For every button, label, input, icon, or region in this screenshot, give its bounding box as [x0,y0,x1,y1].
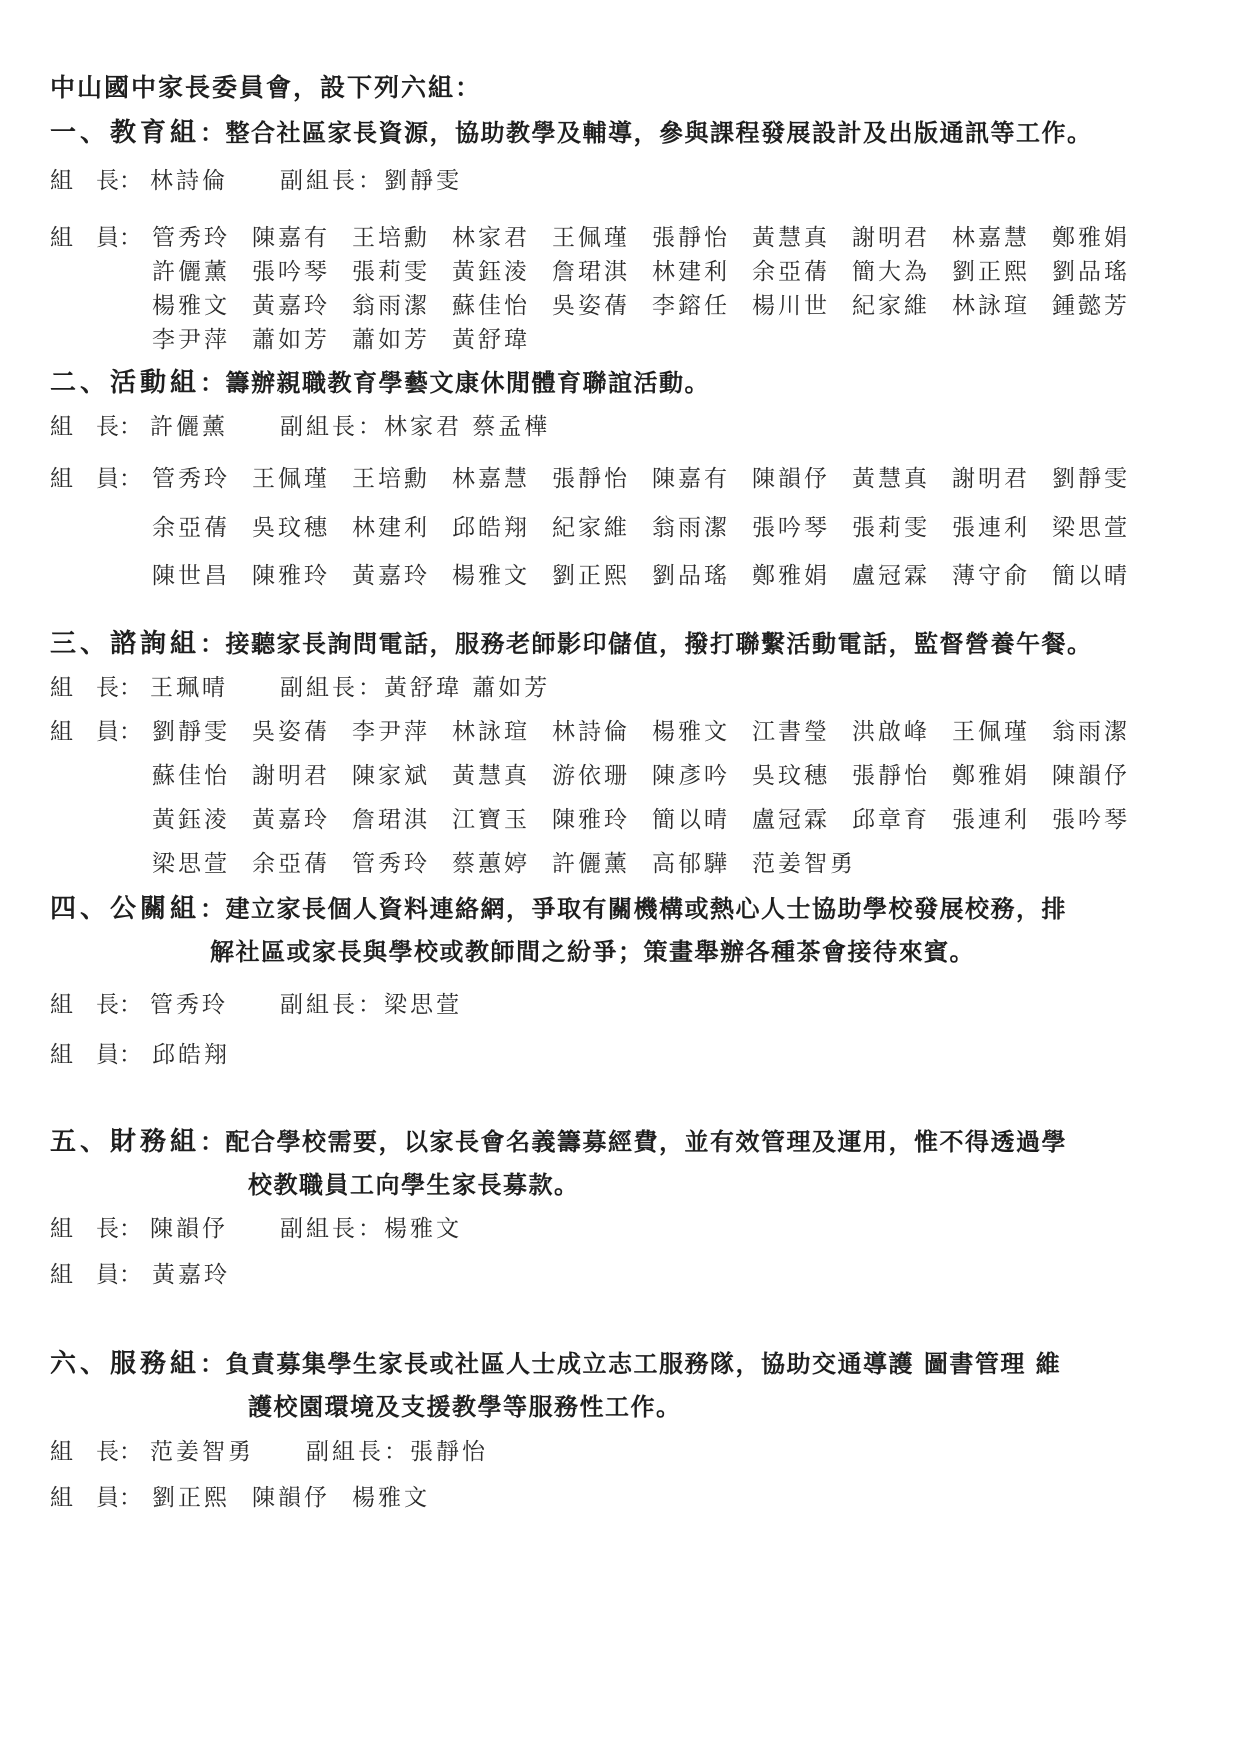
member-name: 管秀玲 [152,460,230,493]
members-label: 組 員： [50,1256,142,1289]
member-name: 簡以晴 [1052,557,1130,590]
leader-name: 范姜智勇 [150,1433,254,1466]
member-name: 紀家維 [852,287,930,320]
member-name: 張莉雯 [352,253,430,286]
member-name: 李尹萍 [352,713,430,746]
member-name: 楊雅文 [352,1479,430,1512]
member-name: 林詠瑄 [452,713,530,746]
group-title: 一、教育組 [50,118,200,148]
member-row: 邱皓翔 [152,1036,252,1069]
group-leaders-row: 組 長：許儷薰副組長：林家君 蔡孟樺 [50,408,572,441]
member-name: 王培勳 [352,219,430,252]
member-name: 楊雅文 [452,557,530,590]
member-name: 黃鈺淩 [152,801,230,834]
member-name: 蘇佳怡 [452,287,530,320]
member-name: 張吟琴 [252,253,330,286]
member-name: 王佩瑾 [952,713,1030,746]
member-row: 梁思萱余亞蒨管秀玲蔡蕙婷許儷薰高郁驊范姜智勇 [152,845,878,878]
member-name: 王培勳 [352,460,430,493]
member-name: 洪啟峰 [852,713,930,746]
member-row: 黃嘉玲 [152,1256,252,1289]
member-name: 陳韻伃 [752,460,830,493]
member-name: 薄守俞 [952,557,1030,590]
group-description-continued: 解社區或家長與學校或教師間之紛爭；策畫舉辦各種茶會接待來賓。 [210,932,975,967]
member-name: 黃慧真 [752,219,830,252]
group-description: ：整合社區家長資源，協助教學及輔導，參與課程發展設計及出版通訊等工作。 [200,118,1093,147]
member-name: 邱皓翔 [452,509,530,542]
member-name: 林建利 [652,253,730,286]
member-name: 詹珺淇 [352,801,430,834]
member-row: 楊雅文黃嘉玲翁雨潔蘇佳怡吳姿蒨李鎔任楊川世紀家維林詠瑄鍾懿芳 [152,287,1152,320]
member-name: 劉品瑤 [1052,253,1130,286]
member-name: 謝明君 [252,757,330,790]
leader-name: 陳韻伃 [150,1210,228,1243]
member-name: 余亞蒨 [152,509,230,542]
member-name: 陳家斌 [352,757,430,790]
member-name: 許儷薰 [152,253,230,286]
group-description: ：配合學校需要，以家長會名義籌募經費，並有效管理及運用，惟不得透過學 [200,1127,1067,1156]
leader-label: 組 長： [50,1433,150,1466]
vice-leader-label: 副組長： [280,669,384,702]
member-name: 江寶玉 [452,801,530,834]
member-name: 陳嘉有 [652,460,730,493]
group-heading-public-relations: 四、公關組：建立家長個人資料連絡網，爭取有關機構或熱心人士協助學校發展校務，排 [50,888,1067,925]
member-name: 邱皓翔 [152,1036,230,1069]
member-name: 張莉雯 [852,509,930,542]
member-name: 陳韻伃 [1052,757,1130,790]
member-name: 黃嘉玲 [252,287,330,320]
leader-name: 王珮晴 [150,669,228,702]
vice-leader-label: 副組長： [280,162,384,195]
member-name: 蘇佳怡 [152,757,230,790]
member-name: 楊川世 [752,287,830,320]
leader-name: 管秀玲 [150,986,228,1019]
group-description-continued: 校教職員工向學生家長募款。 [248,1165,580,1200]
member-name: 翁雨潔 [352,287,430,320]
vice-leader-name: 楊雅文 [384,1210,462,1243]
member-name: 陳彥吟 [652,757,730,790]
leader-label: 組 長： [50,986,150,1019]
member-name: 余亞蒨 [752,253,830,286]
member-name: 王佩瑾 [252,460,330,493]
member-name: 林詠瑄 [952,287,1030,320]
member-name: 劉靜雯 [1052,460,1130,493]
member-name: 簡以晴 [652,801,730,834]
vice-leader-label: 副組長： [280,1210,384,1243]
member-row: 黃鈺淩黃嘉玲詹珺淇江寶玉陳雅玲簡以晴盧冠霖邱章育張連利張吟琴 [152,801,1152,834]
member-row: 管秀玲陳嘉有王培勳林家君王佩瑾張靜怡黃慧真謝明君林嘉慧鄭雅娟 [152,219,1152,252]
leader-label: 組 長： [50,408,150,441]
group-title: 三、諮詢組 [50,629,200,659]
vice-leader-label: 副組長： [280,408,384,441]
member-name: 梁思萱 [1052,509,1130,542]
vice-leader-label: 副組長： [280,986,384,1019]
members-label: 組 員： [50,219,142,252]
member-name: 黃嘉玲 [352,557,430,590]
member-name: 鄭雅娟 [1052,219,1130,252]
member-name: 邱章育 [852,801,930,834]
group-description: ：負責募集學生家長或社區人士成立志工服務隊，協助交通導護 圖書管理 維 [200,1349,1061,1378]
member-name: 盧冠霖 [752,801,830,834]
group-leaders-row: 組 長：范姜智勇副組長：張靜怡 [50,1433,510,1466]
leader-name: 許儷薰 [150,408,228,441]
member-name: 黃慧真 [852,460,930,493]
leader-label: 組 長： [50,162,150,195]
group-heading-education: 一、教育組：整合社區家長資源，協助教學及輔導，參與課程發展設計及出版通訊等工作。 [50,112,1093,149]
members-label: 組 員： [50,1479,142,1512]
vice-leader-name: 張靜怡 [410,1433,488,1466]
member-name: 詹珺淇 [552,253,630,286]
group-description: ：籌辦親職教育學藝文康休閒體育聯誼活動。 [200,368,710,397]
member-name: 劉正熙 [152,1479,230,1512]
member-name: 梁思萱 [152,845,230,878]
group-heading-service: 六、服務組：負責募集學生家長或社區人士成立志工服務隊，協助交通導護 圖書管理 維 [50,1343,1061,1380]
group-description: ：接聽家長詢問電話，服務老師影印儲值，撥打聯繫活動電話，監督營養午餐。 [200,629,1093,658]
group-leaders-row: 組 長：王珮晴副組長：黃舒瑋 蕭如芳 [50,669,572,702]
vice-leader-name: 梁思萱 [384,986,462,1019]
member-name: 盧冠霖 [852,557,930,590]
member-name: 張連利 [952,509,1030,542]
vice-leader-label: 副組長： [306,1433,410,1466]
member-name: 王佩瑾 [552,219,630,252]
member-name: 鍾懿芳 [1052,287,1130,320]
member-name: 紀家維 [552,509,630,542]
member-row: 管秀玲王佩瑾王培勳林嘉慧張靜怡陳嘉有陳韻伃黃慧真謝明君劉靜雯 [152,460,1152,493]
group-title: 五、財務組 [50,1127,200,1157]
member-name: 高郁驊 [652,845,730,878]
member-row: 陳世昌陳雅玲黃嘉玲楊雅文劉正熙劉品瑤鄭雅娟盧冠霖薄守俞簡以晴 [152,557,1152,590]
members-label: 組 員： [50,460,142,493]
member-name: 張連利 [952,801,1030,834]
group-title: 二、活動組 [50,368,200,398]
members-label: 組 員： [50,1036,142,1069]
member-name: 謝明君 [852,219,930,252]
member-name: 黃嘉玲 [152,1256,230,1289]
member-row: 蘇佳怡謝明君陳家斌黃慧真游依珊陳彥吟吳玟穗張靜怡鄭雅娟陳韻伃 [152,757,1152,790]
member-row: 余亞蒨吳玟穗林建利邱皓翔紀家維翁雨潔張吟琴張莉雯張連利梁思萱 [152,509,1152,542]
document-intro: 中山國中家長委員會，設下列六組： [50,68,482,104]
member-name: 吳玟穗 [752,757,830,790]
members-label: 組 員： [50,713,142,746]
member-name: 吳姿蒨 [252,713,330,746]
member-name: 楊雅文 [652,713,730,746]
member-name: 蕭如芳 [352,321,430,354]
vice-leader-name: 林家君 蔡孟樺 [384,408,550,441]
member-name: 管秀玲 [152,219,230,252]
member-name: 張吟琴 [1052,801,1130,834]
leader-label: 組 長： [50,669,150,702]
member-name: 黃舒瑋 [452,321,530,354]
vice-leader-name: 劉靜雯 [384,162,462,195]
member-name: 陳韻伃 [252,1479,330,1512]
member-row: 李尹萍蕭如芳蕭如芳黃舒瑋 [152,321,552,354]
member-name: 劉正熙 [552,557,630,590]
member-name: 黃慧真 [452,757,530,790]
group-leaders-row: 組 長：管秀玲副組長：梁思萱 [50,986,484,1019]
group-leaders-row: 組 長：陳韻伃副組長：楊雅文 [50,1210,484,1243]
member-name: 陳雅玲 [252,557,330,590]
member-name: 簡大為 [852,253,930,286]
member-name: 吳玟穗 [252,509,330,542]
member-name: 黃嘉玲 [252,801,330,834]
leader-label: 組 長： [50,1210,150,1243]
member-name: 鄭雅娟 [752,557,830,590]
member-name: 林建利 [352,509,430,542]
member-name: 許儷薰 [552,845,630,878]
member-name: 張靜怡 [852,757,930,790]
member-name: 李鎔任 [652,287,730,320]
member-name: 蕭如芳 [252,321,330,354]
member-name: 陳雅玲 [552,801,630,834]
member-name: 陳嘉有 [252,219,330,252]
member-name: 劉正熙 [952,253,1030,286]
member-name: 翁雨潔 [652,509,730,542]
member-name: 范姜智勇 [752,845,856,878]
member-name: 劉靜雯 [152,713,230,746]
member-name: 張靜怡 [652,219,730,252]
member-name: 林家君 [452,219,530,252]
group-title: 四、公關組 [50,894,200,924]
document-page: 中山國中家長委員會，設下列六組： 一、教育組：整合社區家長資源，協助教學及輔導，… [0,0,1240,1755]
member-name: 李尹萍 [152,321,230,354]
member-name: 楊雅文 [152,287,230,320]
member-name: 游依珊 [552,757,630,790]
member-name: 林詩倫 [552,713,630,746]
member-row: 劉靜雯吳姿蒨李尹萍林詠瑄林詩倫楊雅文江書瑩洪啟峰王佩瑾翁雨潔 [152,713,1152,746]
member-name: 林嘉慧 [952,219,1030,252]
group-title: 六、服務組 [50,1349,200,1379]
member-name: 管秀玲 [352,845,430,878]
member-name: 翁雨潔 [1052,713,1130,746]
member-name: 鄭雅娟 [952,757,1030,790]
member-row: 許儷薰張吟琴張莉雯黃鈺淩詹珺淇林建利余亞蒨簡大為劉正熙劉品瑤 [152,253,1152,286]
member-name: 黃鈺淩 [452,253,530,286]
member-name: 張吟琴 [752,509,830,542]
group-leaders-row: 組 長：林詩倫副組長：劉靜雯 [50,162,484,195]
member-name: 蔡蕙婷 [452,845,530,878]
group-heading-consulting: 三、諮詢組：接聽家長詢問電話，服務老師影印儲值，撥打聯繫活動電話，監督營養午餐。 [50,623,1093,660]
leader-name: 林詩倫 [150,162,228,195]
member-name: 江書瑩 [752,713,830,746]
member-name: 劉品瑤 [652,557,730,590]
member-name: 林嘉慧 [452,460,530,493]
group-description: ：建立家長個人資料連絡網，爭取有關機構或熱心人士協助學校發展校務，排 [200,894,1067,923]
member-row: 劉正熙陳韻伃楊雅文 [152,1479,452,1512]
vice-leader-name: 黃舒瑋 蕭如芳 [384,669,550,702]
group-description-continued: 護校園環境及支援教學等服務性工作。 [248,1387,682,1422]
group-heading-finance: 五、財務組：配合學校需要，以家長會名義籌募經費，並有效管理及運用，惟不得透過學 [50,1121,1067,1158]
group-heading-activities: 二、活動組：籌辦親職教育學藝文康休閒體育聯誼活動。 [50,362,710,399]
member-name: 吳姿蒨 [552,287,630,320]
member-name: 陳世昌 [152,557,230,590]
member-name: 余亞蒨 [252,845,330,878]
member-name: 張靜怡 [552,460,630,493]
member-name: 謝明君 [952,460,1030,493]
